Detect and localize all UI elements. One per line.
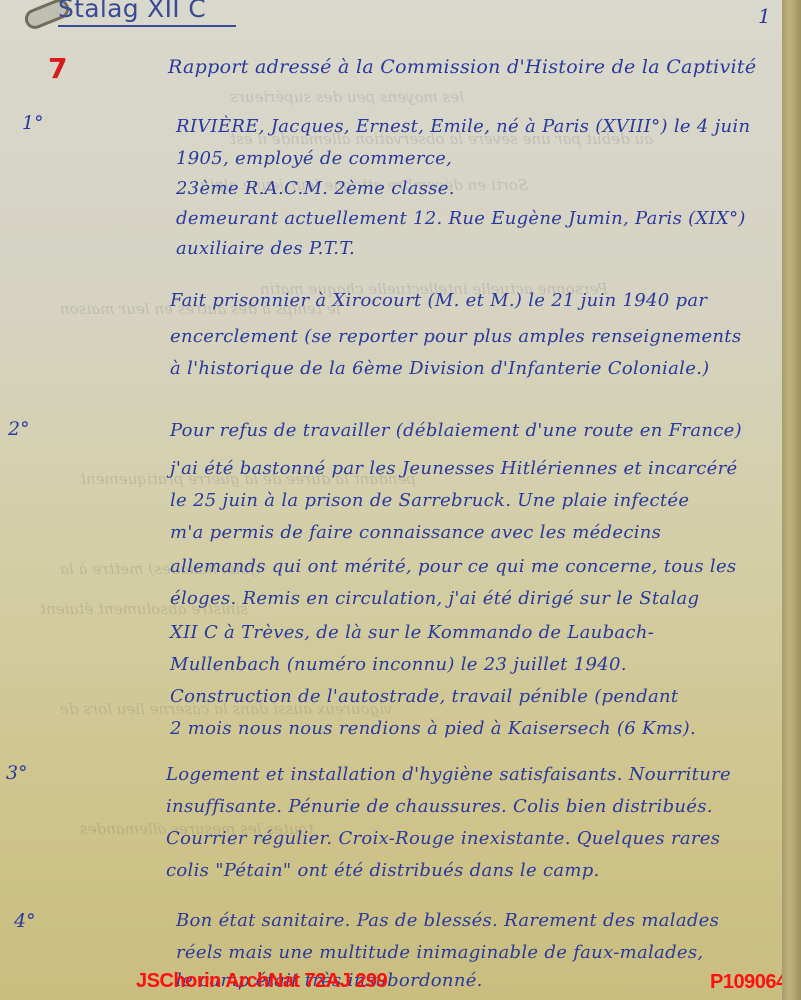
text-line: Construction de l'autostrade, travail pé…: [170, 686, 678, 707]
text-line: XII C à Trèves, de là sur le Kommando de…: [170, 622, 654, 643]
report-title: Rapport adressé à la Commission d'Histoi…: [168, 56, 756, 78]
page-number: 1: [758, 4, 771, 28]
section-number-3: 3°: [6, 762, 28, 784]
text-line: éloges. Remis en circulation, j'ai été d…: [170, 588, 699, 609]
text-line: Courrier régulier. Croix-Rouge inexistan…: [166, 828, 720, 849]
text-line: Mullenbach (numéro inconnu) le 23 juille…: [170, 654, 627, 675]
text-line: 2 mois nous nous rendions à pied à Kaise…: [170, 718, 696, 739]
text-line: 23ème R.A.C.M. 2ème classe.: [176, 178, 455, 199]
text-line: Logement et installation d'hygiène satis…: [166, 764, 731, 785]
section-number-2: 2°: [8, 418, 30, 440]
photo-id-watermark: P1090644: [710, 971, 782, 994]
manuscript-page: les moyens peu des supérieurs au début p…: [0, 0, 782, 1000]
text-line: colis "Pétain" ont été distribués dans l…: [166, 860, 600, 881]
text-line: RIVIÈRE, Jacques, Ernest, Emile, né à Pa…: [176, 116, 750, 137]
bleed-through-text: les moyens peu des supérieurs: [230, 88, 464, 106]
stalag-heading: Stalag XII C: [58, 0, 236, 27]
text-line: auxiliaire des P.T.T.: [176, 238, 355, 259]
text-line: allemands qui ont mérité, pour ce qui me…: [170, 556, 736, 577]
red-annotation-number: 7: [48, 52, 67, 85]
archive-reference-watermark: JSChorin ArchNat 72AJ 299: [136, 970, 387, 993]
text-line: demeurant actuellement 12. Rue Eugène Ju…: [176, 208, 746, 229]
text-line: j'ai été bastonné par les Jeunesses Hitl…: [170, 458, 737, 479]
text-line: insuffisante. Pénurie de chaussures. Col…: [166, 796, 713, 817]
text-line: le 25 juin à la prison de Sarrebruck. Un…: [170, 490, 689, 511]
text-line: 1905, employé de commerce,: [176, 148, 452, 169]
section-number-1: 1°: [22, 112, 44, 134]
text-line: encerclement (se reporter pour plus ampl…: [170, 326, 741, 347]
text-line: Pour refus de travailler (déblaiement d'…: [170, 420, 742, 441]
section-number-4: 4°: [14, 910, 36, 932]
text-line: Fait prisonnier à Xirocourt (M. et M.) l…: [170, 290, 707, 311]
page-edge: [782, 0, 801, 1000]
text-line: Bon état sanitaire. Pas de blessés. Rare…: [176, 910, 719, 931]
text-line: réels mais une multitude inimaginable de…: [176, 942, 703, 963]
text-line: m'a permis de faire connaissance avec le…: [170, 522, 661, 543]
text-line: à l'historique de la 6ème Division d'Inf…: [170, 358, 710, 379]
